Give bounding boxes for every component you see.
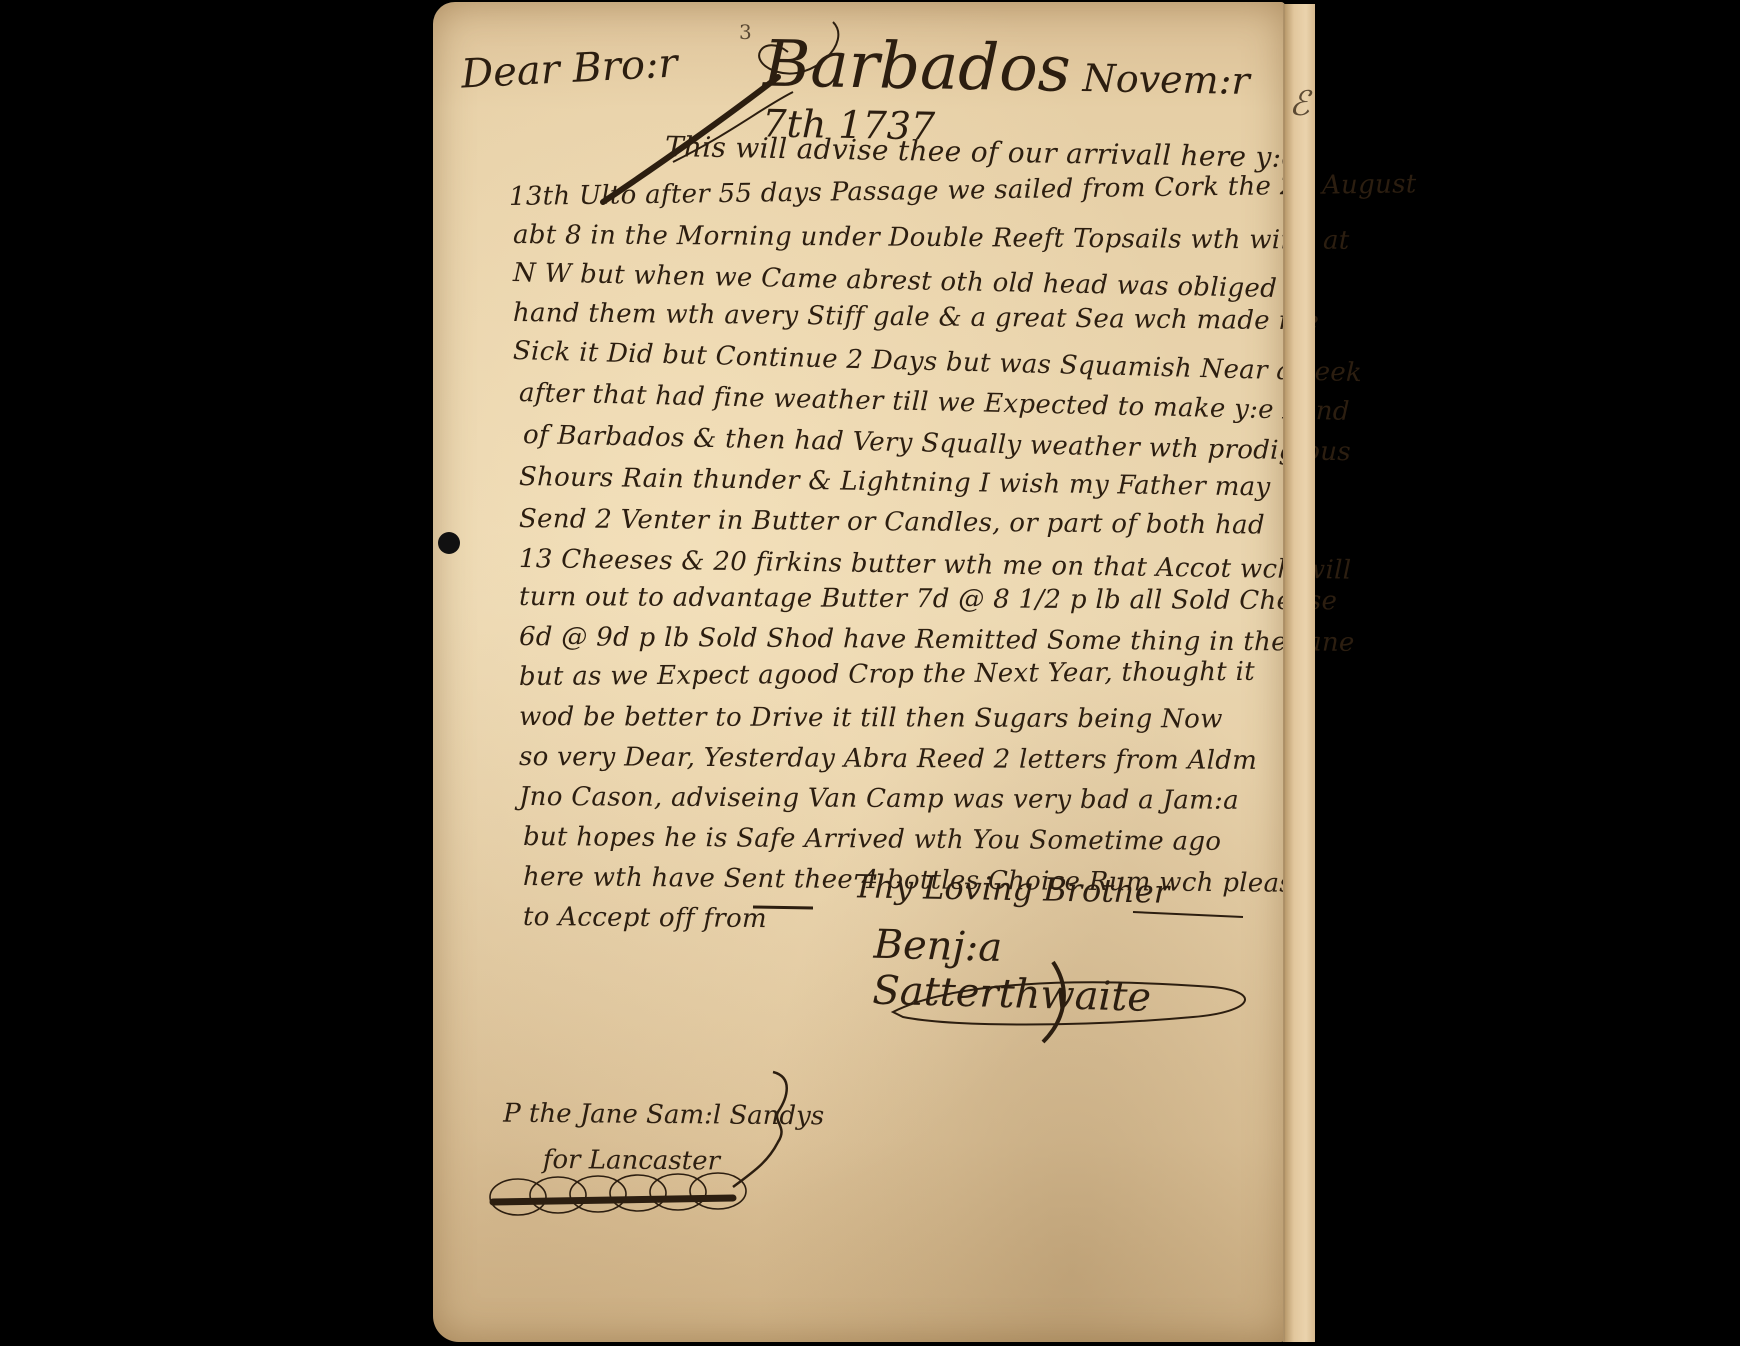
adjacent-page-edge: ℰ [1283,4,1315,1342]
closing-phrase: Thy Loving Brother [853,867,1170,911]
body-line: but as we Expect agood Crop the Next Yea… [519,657,1255,692]
body-line: but hopes he is Safe Arrived wth You Som… [523,822,1222,857]
address-line-ship: P the Jane Sam:l Sandys [503,1099,824,1132]
body-line: Jno Cason, adviseing Van Camp was very b… [519,782,1239,816]
body-line: 13th Ulto after 55 days Passage we saile… [509,169,1417,212]
page-number: 3 [739,20,752,44]
body-line: after that had fine weather till we Expe… [519,378,1350,427]
salutation: Dear Bro:r [460,40,679,97]
body-line: of Barbados & then had Very Squally weat… [523,420,1352,467]
place-name: Barbados [763,27,1071,106]
body-line: 13 Cheeses & 20 firkins butter wth me on… [519,544,1352,586]
body-line: hand them wth avery Stiff gale & a great… [513,298,1319,336]
body-line: turn out to advantage Butter 7d @ 8 1/2 … [519,582,1337,616]
body-line: Send 2 Venter in Butter or Candles, or p… [519,504,1265,541]
body-line: 6d @ 9d p lb Sold Shod have Remitted Som… [519,622,1355,658]
body-line: wod be better to Drive it till then Suga… [519,702,1223,734]
binding-hole [438,532,460,554]
manuscript-page: 3 Dear Bro:r Barbados Novem:r 7th 1737 T… [433,2,1285,1342]
signature: Benj:a Satterthwaite [872,922,1286,1025]
adjacent-page-flourish-icon: ℰ [1289,84,1310,124]
address-line-destination: for Lancaster [503,1137,824,1186]
body-line: abt 8 in the Morning under Double Reeft … [513,220,1350,256]
address-block: P the Jane Sam:l Sandys for Lancaster [503,1091,825,1186]
body-line: Shours Rain thunder & Lightning I wish m… [519,462,1271,502]
body-line: N W but when we Came abrest oth old head… [513,258,1313,305]
body-line: to Accept off from [523,902,767,934]
body-line: so very Dear, Yesterday Abra Reed 2 lett… [519,742,1257,776]
